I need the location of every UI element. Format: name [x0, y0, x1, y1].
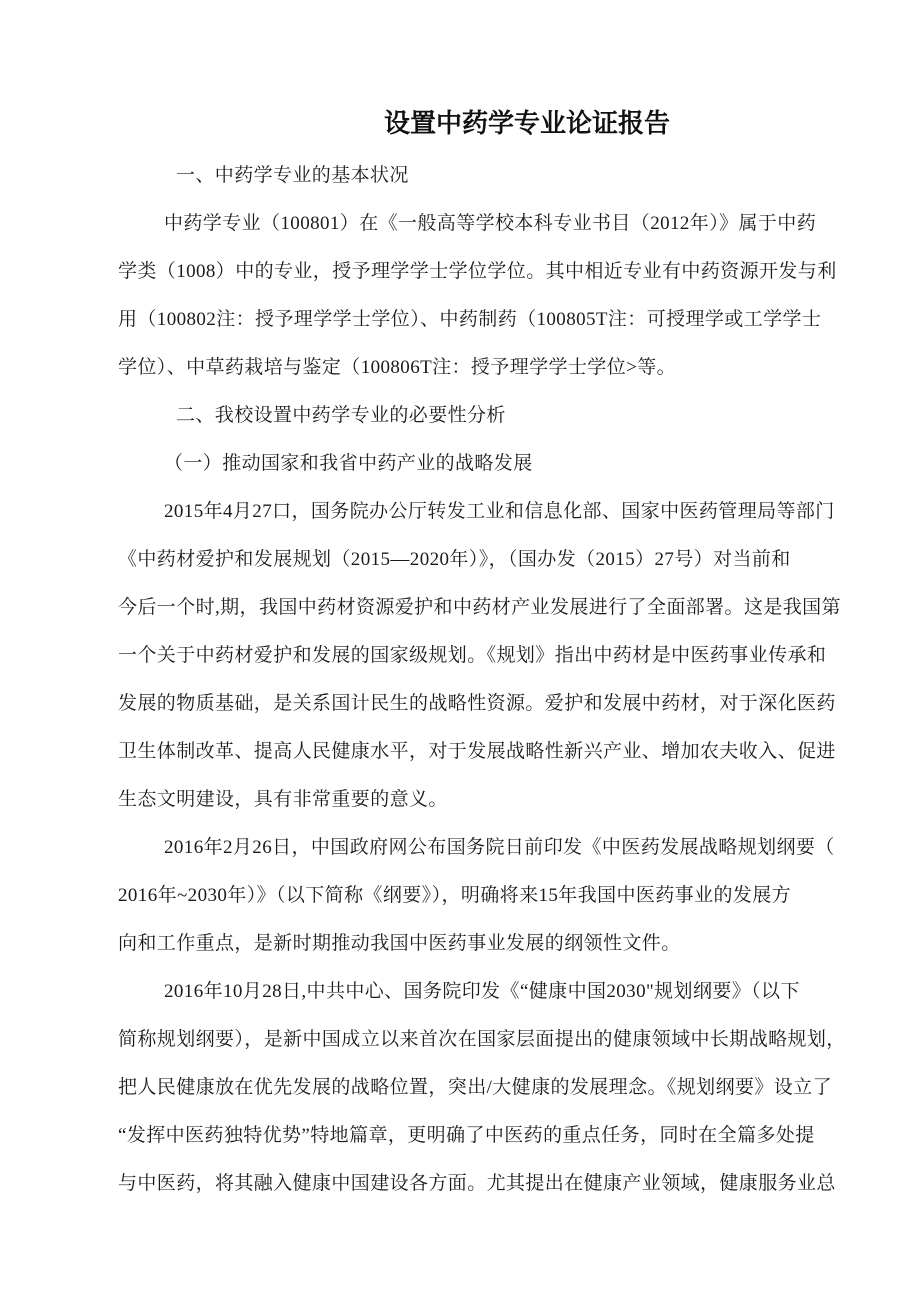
paragraph-line: 2015年4月27口，国务院办公厅转发工业和信息化部、国家中医药管理局等部门 — [164, 498, 835, 526]
paragraph-line: 发展的物质基础，是关系国计民生的战略性资源。爱护和发展中药材，对于深化医药 — [118, 690, 836, 718]
document-title: 设置中药学专业论证报告 — [384, 103, 670, 140]
paragraph-line: 简称规划纲要），是新中国成立以来首次在国家层面提出的健康领域中长期战略规划， — [118, 1026, 846, 1054]
paragraph-line: 今后一个时,期，我国中药材资源爱护和中药材产业发展进行了全面部署。这是我国第 — [118, 594, 841, 622]
paragraph-line: 向和工作重点，是新时期推动我国中医药事业发展的纲领性文件。 — [118, 930, 681, 958]
paragraph-line: 《中药材爱护和发展规划（2015—2020年）》，（国办发（2015）27号）对… — [118, 546, 791, 574]
paragraph-line: 学类（1008）中的专业，授予理学学士学位学位。其中相近专业有中药资源开发与利 — [118, 258, 837, 286]
document-page: 设置中药学专业论证报告 一、中药学专业的基本状况 中药学专业（100801）在《… — [0, 0, 920, 1301]
paragraph-line: 2016年2月26日，中国政府网公布国务院日前印发《中医药发展战略规划纲要（ — [164, 834, 835, 862]
paragraph-line: 卫生体制改革、提高人民健康水平，对于发展战略性新兴产业、增加农夫收入、促进 — [118, 738, 836, 766]
section-heading-2: 二、我校设置中药学专业的必要性分析 — [176, 402, 506, 430]
paragraph-line: 一个关于中药材爱护和发展的国家级规划。《规划》指出中药材是中医药事业传承和 — [118, 642, 826, 670]
paragraph-line: 中药学专业（100801）在《一般高等学校本科专业书目（2012年）》属于中药 — [164, 210, 816, 238]
paragraph-line: “发挥中医药独特优势”特地篇章，更明确了中医药的重点任务，同时在全篇多处提 — [118, 1122, 815, 1150]
paragraph-line: 2016年10月28日,中共中心、国务院印发《“健康中国2030"规划纲要》（以… — [164, 978, 800, 1006]
paragraph-line: 学位）、中草药栽培与鉴定（100806T注：授予理学学士学位>等。 — [118, 354, 676, 382]
paragraph-line: 生态文明建设，具有非常重要的意义。 — [118, 786, 448, 814]
paragraph-line: 把人民健康放在优先发展的战略位置，突出/大健康的发展理念。《规划纲要》设立了 — [118, 1074, 832, 1102]
paragraph-line: 用（100802注：授予理学学士学位）、中药制药（100805T注：可授理学或工… — [118, 306, 821, 334]
subsection-heading: （一）推动国家和我省中药产业的战略发展 — [164, 450, 533, 478]
paragraph-line: 与中医药，将其融入健康中国建设各方面。尤其提出在健康产业领域，健康服务业总 — [118, 1170, 836, 1198]
paragraph-line: 2016年~2030年）》（以下简称《纲要》），明确将来15年我国中医药事业的发… — [118, 882, 791, 910]
section-heading-1: 一、中药学专业的基本状况 — [176, 162, 409, 190]
